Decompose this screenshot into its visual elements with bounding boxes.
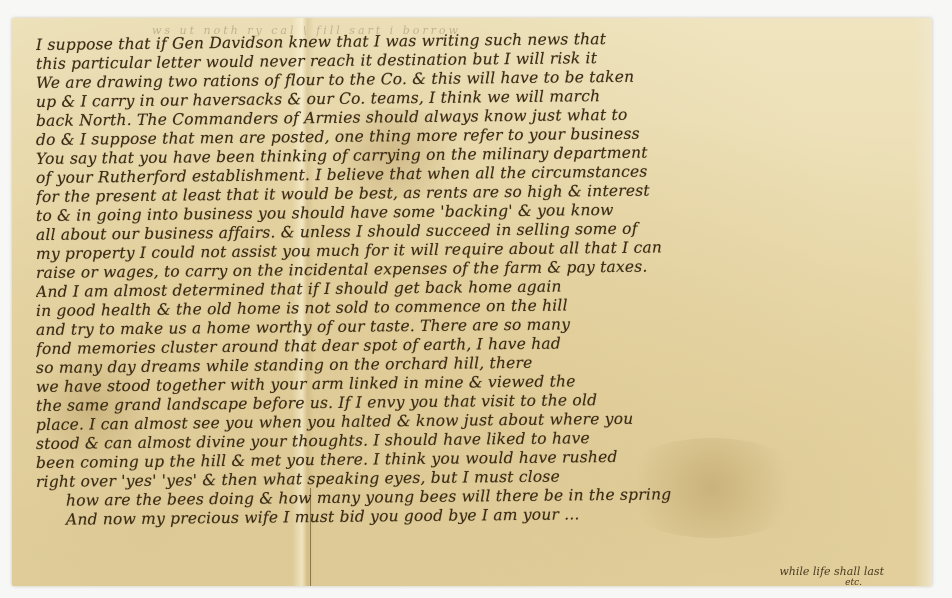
signature-mark: etc.	[845, 578, 862, 588]
letter-body: I suppose that if Gen Davidson knew that…	[36, 36, 916, 530]
letter-paper: ws ut noth ry cal \ fill sart i borrow I…	[12, 18, 932, 586]
signature: while life shall last	[779, 565, 884, 578]
paper-edge	[914, 18, 932, 586]
